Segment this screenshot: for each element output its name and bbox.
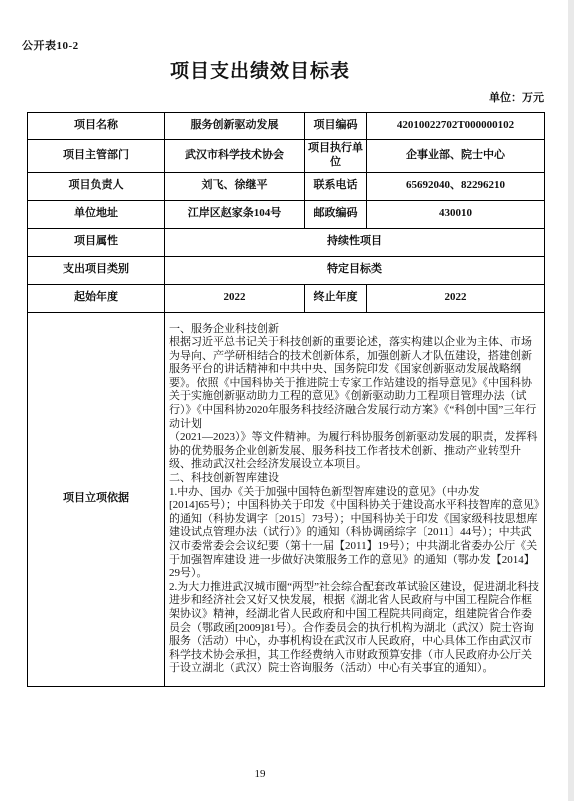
cell-label-project-attribute: 项目属性 [28,228,165,256]
cell-label-address: 单位地址 [28,200,165,228]
performance-target-table: 项目名称 服务创新驱动发展 项目编码 42010022702T000000102… [27,112,545,687]
cell-value-project-code: 42010022702T000000102 [367,113,545,140]
cell-label-phone: 联系电话 [305,172,367,200]
table-row: 支出项目类别 特定目标类 [28,256,545,284]
cell-value-supervising-dept: 武汉市科学技术协会 [165,140,305,173]
cell-label-executing-unit: 项目执行单位 [305,140,367,173]
cell-value-project-leader: 刘飞、徐继平 [165,172,305,200]
unit-note: 单位：万元 [27,89,544,105]
cell-value-address: 江岸区赵家条104号 [165,200,305,228]
page-number: 19 [0,768,520,780]
table-row: 项目立项依据 一、服务企业科技创新 根据习近平总书记关于科技创新的重要论述，落实… [28,312,545,686]
table-row: 单位地址 江岸区赵家条104号 邮政编码 430010 [28,200,545,228]
page-title: 项目支出绩效目标表 [0,56,520,83]
cell-label-start-year: 起始年度 [28,284,165,312]
cell-label-project-leader: 项目负责人 [28,172,165,200]
cell-value-postcode: 430010 [367,200,545,228]
page-edge-strip [568,0,574,801]
cell-value-expenditure-category: 特定目标类 [165,256,545,284]
table-row: 项目属性 持续性项目 [28,228,545,256]
cell-value-project-name: 服务创新驱动发展 [165,113,305,140]
cell-label-supervising-dept: 项目主管部门 [28,140,165,173]
cell-label-project-basis: 项目立项依据 [28,312,165,686]
cell-label-postcode: 邮政编码 [305,200,367,228]
cell-value-project-basis: 一、服务企业科技创新 根据习近平总书记关于科技创新的重要论述，落实构建以企业为主… [165,312,545,686]
document-page: 公开表10-2 项目支出绩效目标表 单位：万元 项目名称 服务创新驱动发展 项目… [0,0,574,801]
cell-value-start-year: 2022 [165,284,305,312]
cell-label-project-code: 项目编码 [305,113,367,140]
doc-label: 公开表10-2 [22,37,79,53]
table-row: 项目主管部门 武汉市科学技术协会 项目执行单位 企事业部、院士中心 [28,140,545,173]
cell-value-project-attribute: 持续性项目 [165,228,545,256]
cell-value-executing-unit: 企事业部、院士中心 [367,140,545,173]
cell-label-end-year: 终止年度 [305,284,367,312]
table-row: 项目负责人 刘飞、徐继平 联系电话 65692040、82296210 [28,172,545,200]
table-row: 起始年度 2022 终止年度 2022 [28,284,545,312]
cell-label-project-name: 项目名称 [28,113,165,140]
cell-value-end-year: 2022 [367,284,545,312]
table-row: 项目名称 服务创新驱动发展 项目编码 42010022702T000000102 [28,113,545,140]
cell-label-expenditure-category: 支出项目类别 [28,256,165,284]
cell-value-phone: 65692040、82296210 [367,172,545,200]
